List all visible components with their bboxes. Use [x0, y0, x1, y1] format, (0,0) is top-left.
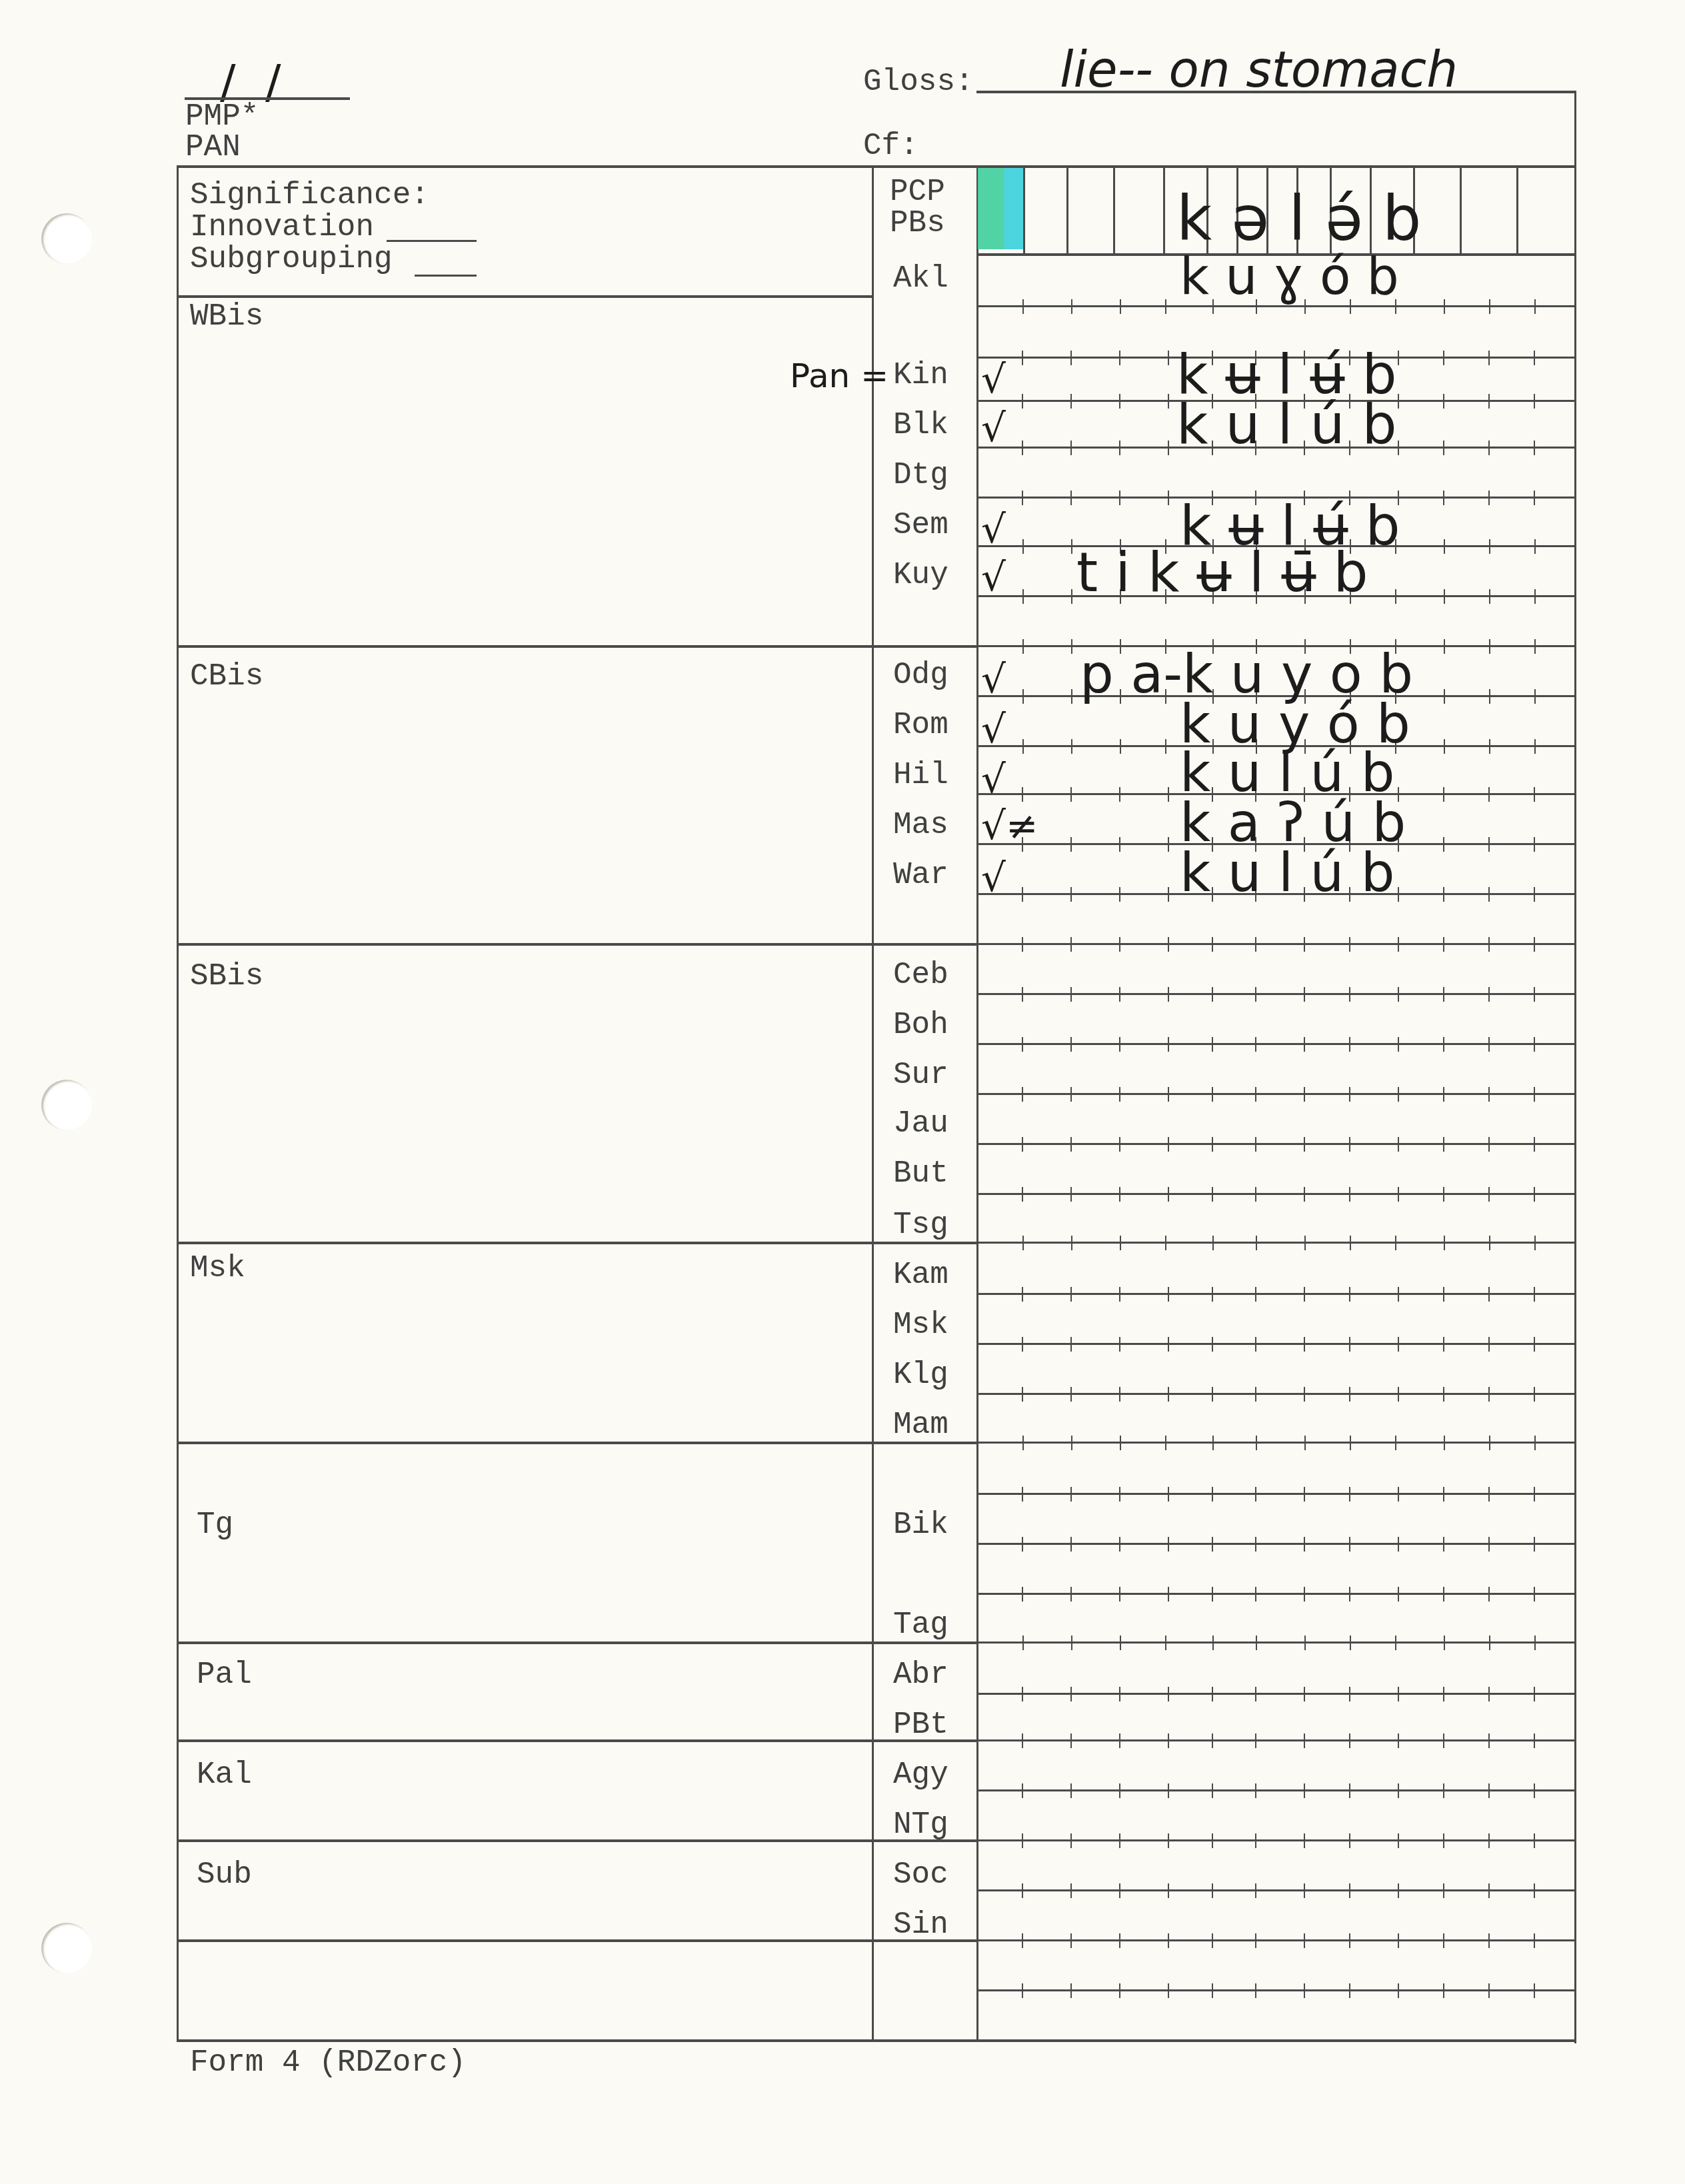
grid-tick: [1534, 689, 1536, 704]
grid-tick: [1022, 1983, 1023, 1998]
grid-tick: [1534, 1783, 1535, 1798]
grid-rule: [976, 1193, 1574, 1195]
grid-tick: [1168, 1933, 1169, 1948]
grid-tick: [1255, 1587, 1256, 1602]
grid-tick: [1534, 1833, 1535, 1848]
grid-tick: [1304, 1933, 1305, 1948]
lang-hil: Hil: [893, 760, 948, 790]
grid-tick: [1349, 1983, 1350, 1998]
grid-tick: [1534, 394, 1535, 409]
grid-tick: [1070, 937, 1072, 952]
grid-tick: [1443, 787, 1444, 802]
form-identifier: Form 4 (RDZorc): [190, 2047, 466, 2078]
grid-tick: [1212, 1037, 1213, 1052]
grid-tick: [1398, 1983, 1399, 1998]
grid-tick: [1534, 1983, 1535, 1998]
grid-tick: [1349, 1087, 1350, 1102]
grid-tick: [1119, 937, 1120, 952]
pcp-cell-divider: [1023, 167, 1025, 255]
grid-tick: [1022, 394, 1023, 409]
grid-tick: [1255, 1883, 1256, 1898]
lang-akl: Akl: [893, 263, 948, 294]
entry-mas-mark[interactable]: √≠: [981, 803, 1038, 848]
lang-bik: Bik: [893, 1510, 948, 1540]
grid-tick: [1534, 1537, 1535, 1552]
grid-rule: [976, 1889, 1574, 1891]
grid-tick: [1349, 1487, 1350, 1502]
grid-tick: [1488, 987, 1490, 1002]
entry-blk-form[interactable]: k u l ú b: [1176, 393, 1397, 457]
grid-tick: [1489, 299, 1490, 314]
grid-tick: [1534, 1687, 1535, 1701]
grid-tick: [1119, 351, 1120, 365]
grid-tick: [1443, 987, 1444, 1002]
grid-tick: [1212, 1636, 1214, 1650]
grid-tick: [1070, 1087, 1072, 1102]
entry-pbs-form[interactable]: k ə l ə́ b: [1176, 183, 1421, 255]
grid-rule: [976, 1739, 1574, 1741]
grid-tick: [1304, 1487, 1305, 1502]
grid-tick: [1070, 1783, 1072, 1798]
grid-tick: [1443, 1587, 1444, 1602]
grid-tick: [1071, 639, 1072, 654]
grid-tick: [1443, 837, 1444, 852]
grid-tick: [1395, 1236, 1396, 1250]
grid-tick: [1165, 1236, 1166, 1250]
grid-tick: [1534, 491, 1535, 505]
grid-tick: [1350, 1236, 1351, 1250]
grid-rule: [976, 1989, 1574, 1991]
grid-tick: [1022, 1037, 1023, 1052]
grid-tick: [1444, 1636, 1445, 1650]
grid-tick: [1255, 987, 1256, 1002]
grid-tick: [1212, 1933, 1213, 1948]
grid-tick: [1349, 1387, 1350, 1402]
grid-tick: [1489, 589, 1490, 604]
grid-tick: [1534, 1733, 1535, 1748]
grid-tick: [1304, 1883, 1305, 1898]
grid-rule: [976, 1693, 1574, 1695]
grid-tick: [1349, 1187, 1350, 1202]
grid-tick: [1443, 1983, 1444, 1998]
grid-tick: [1255, 1337, 1256, 1352]
grid-tick: [1119, 887, 1120, 902]
grid-rule: [976, 1641, 1574, 1643]
grid-tick: [1212, 1983, 1213, 1998]
grid-tick: [1022, 1587, 1023, 1602]
lang-mam: Mam: [893, 1410, 948, 1440]
grid-tick: [1443, 394, 1444, 409]
pan-annotation: Pan =: [790, 357, 888, 395]
grid-tick: [1255, 1933, 1256, 1948]
grid-tick: [1022, 1537, 1023, 1552]
grid-tick: [1349, 987, 1350, 1002]
grid-tick: [1349, 1687, 1350, 1701]
grid-tick: [1168, 1287, 1169, 1302]
grid-tick: [1488, 1587, 1490, 1602]
grid-tick: [1443, 1933, 1444, 1948]
pcp-cell-divider: [1066, 167, 1068, 255]
grid-tick: [1443, 491, 1444, 505]
grid-tick: [1489, 539, 1490, 554]
lang-sin: Sin: [893, 1909, 948, 1940]
grid-tick: [1212, 1137, 1213, 1152]
grid-tick: [1443, 441, 1444, 455]
entry-kin-mark[interactable]: √: [981, 357, 1006, 402]
grid-tick: [1022, 299, 1024, 314]
grid-tick: [1350, 1436, 1351, 1450]
grid-tick: [1119, 1037, 1120, 1052]
section-tg: Tg: [197, 1510, 233, 1540]
grid-tick: [1070, 887, 1072, 902]
grid-tick: [1119, 1687, 1120, 1701]
grid-tick: [1119, 1833, 1120, 1848]
grid-tick: [1488, 1037, 1490, 1052]
grid-tick: [1304, 1137, 1305, 1152]
grid-tick: [1022, 1436, 1024, 1450]
grid-tick: [1212, 937, 1213, 952]
grid-tick: [1534, 1436, 1536, 1450]
lang-sur: Sur: [893, 1060, 948, 1090]
subgrouping-blank[interactable]: [415, 275, 477, 277]
grid-tick: [1398, 1587, 1399, 1602]
grid-rule: [976, 1143, 1574, 1145]
grid-tick: [1398, 1883, 1399, 1898]
section-separator-blank: [177, 1939, 976, 1942]
grid-tick: [1070, 1833, 1072, 1848]
grid-tick: [1395, 1436, 1396, 1450]
grid-tick: [1168, 937, 1169, 952]
grid-tick: [1168, 1387, 1169, 1402]
grid-tick: [1488, 1387, 1490, 1402]
grid-tick: [1070, 1137, 1072, 1152]
grid-tick: [1022, 491, 1023, 505]
section-sub: Sub: [197, 1859, 252, 1890]
significance-bottom: [177, 295, 873, 298]
grid-rule: [976, 1442, 1574, 1444]
section-wbis: WBis: [190, 301, 263, 332]
grid-tick: [1489, 1636, 1490, 1650]
grid-tick: [1168, 351, 1169, 365]
grid-tick: [1304, 1636, 1306, 1650]
grid-tick: [1304, 1783, 1305, 1798]
grid-tick: [1119, 1087, 1120, 1102]
grid-tick: [1304, 1187, 1305, 1202]
grid-tick: [1398, 1687, 1399, 1701]
grid-tick: [1489, 739, 1490, 754]
grid-tick: [1119, 1783, 1120, 1798]
grid-tick: [1534, 787, 1535, 802]
grid-tick: [1070, 837, 1072, 852]
grid-tick: [1168, 441, 1169, 455]
entry-war-mark[interactable]: √: [981, 855, 1006, 900]
grid-tick: [1071, 1636, 1072, 1650]
grid-tick: [1443, 1783, 1444, 1798]
grid-rule: [976, 1343, 1574, 1345]
lang-boh: Boh: [893, 1010, 948, 1040]
lang-sem: Sem: [893, 510, 948, 541]
grid-tick: [1022, 937, 1023, 952]
grid-tick: [1168, 987, 1169, 1002]
lang-blk: Blk: [893, 410, 948, 441]
lang-pbs: PBs: [890, 208, 945, 239]
grid-tick: [1168, 491, 1169, 505]
lang-ceb: Ceb: [893, 960, 948, 990]
grid-tick: [1255, 1687, 1256, 1701]
grid-tick: [1255, 1387, 1256, 1402]
grid-rule: [976, 1093, 1574, 1095]
grid-tick: [1443, 1883, 1444, 1898]
grid-tick: [1168, 1037, 1169, 1052]
grid-tick: [1212, 1783, 1213, 1798]
grid-tick: [1488, 1337, 1490, 1352]
grid-tick: [1349, 1537, 1350, 1552]
grid-tick: [1165, 739, 1166, 754]
grid-tick: [1119, 1387, 1120, 1402]
entry-kuy-form[interactable]: t i k ʉ l ʉ̄ b: [1076, 541, 1368, 604]
grid-tick: [1168, 1137, 1169, 1152]
grid-tick: [1534, 1337, 1535, 1352]
grid-tick: [1071, 589, 1072, 604]
grid-tick: [1443, 1037, 1444, 1052]
table-top-border: [177, 165, 1576, 168]
grid-tick: [1398, 1387, 1399, 1402]
grid-tick: [1304, 1236, 1306, 1250]
grid-tick: [1488, 1487, 1490, 1502]
lang-ntg: NTg: [893, 1809, 948, 1840]
grid-rule: [976, 1839, 1574, 1841]
grid-tick: [1168, 1337, 1169, 1352]
grid-tick: [1534, 441, 1535, 455]
grid-tick: [1534, 937, 1535, 952]
lang-but: But: [893, 1158, 948, 1189]
grid-tick: [1398, 887, 1399, 902]
grid-tick: [1212, 1387, 1213, 1402]
grid-tick: [1168, 1537, 1169, 1552]
grid-tick: [1212, 987, 1213, 1002]
grid-tick: [1022, 1636, 1024, 1650]
grid-tick: [1534, 1587, 1535, 1602]
grid-tick: [1120, 1436, 1121, 1450]
grid-tick: [1165, 299, 1166, 314]
table-bottom-border: [177, 2039, 1576, 2042]
grid-tick: [1534, 1087, 1535, 1102]
grid-tick: [1444, 689, 1445, 704]
gloss-label: Gloss:: [863, 67, 974, 97]
grid-tick: [1534, 837, 1535, 852]
grid-tick: [1488, 1933, 1490, 1948]
grid-tick: [1119, 1487, 1120, 1502]
grid-tick: [1443, 1733, 1444, 1748]
entry-kuy-mark[interactable]: √: [981, 554, 1006, 600]
grid-tick: [1534, 739, 1536, 754]
grid-rule: [976, 1393, 1574, 1395]
grid-tick: [1070, 1037, 1072, 1052]
grid-tick: [1071, 1436, 1072, 1450]
pan-label: PAN: [185, 132, 241, 163]
grid-tick: [1349, 1037, 1350, 1052]
grid-tick: [1255, 1833, 1256, 1848]
grid-tick: [1444, 299, 1445, 314]
grid-tick: [1022, 639, 1024, 654]
grid-tick: [1212, 1187, 1213, 1202]
grid-tick: [1255, 1733, 1256, 1748]
grid-tick: [1168, 394, 1169, 409]
cf-label: Cf:: [863, 131, 918, 161]
grid-tick: [1443, 937, 1444, 952]
grid-tick: [1212, 1833, 1213, 1848]
grid-tick: [1488, 1087, 1490, 1102]
grid-tick: [1349, 1287, 1350, 1302]
grid-tick: [1443, 1833, 1444, 1848]
grid-rule: [976, 1939, 1574, 1941]
highlighter-mark: [978, 168, 1023, 249]
entry-sem-mark[interactable]: √: [981, 507, 1006, 552]
grid-tick: [1212, 1337, 1213, 1352]
grid-tick: [1395, 1636, 1396, 1650]
grid-rule: [976, 1293, 1574, 1295]
grid-tick: [1119, 491, 1120, 505]
grid-tick: [1398, 987, 1399, 1002]
grid-tick: [1070, 1983, 1072, 1998]
grid-tick: [1398, 1537, 1399, 1552]
grid-tick: [1304, 1436, 1306, 1450]
lang-tag: Tag: [893, 1610, 948, 1640]
grid-tick: [1070, 1883, 1072, 1898]
section-separator-pal: [177, 1641, 976, 1644]
binder-hole-bottom: [41, 1923, 92, 1973]
section-separator-cbis: [177, 645, 976, 648]
entry-blk-mark[interactable]: √: [981, 405, 1006, 451]
grid-tick: [1070, 787, 1072, 802]
grid-tick: [1398, 394, 1399, 409]
grid-tick: [1349, 1733, 1350, 1748]
grid-tick: [1165, 1436, 1166, 1450]
grid-tick: [1304, 987, 1305, 1002]
binder-hole-top: [41, 213, 92, 264]
subgrouping-label: Subgrouping: [190, 244, 393, 275]
grid-tick: [1488, 441, 1490, 455]
entry-odg-mark[interactable]: √: [981, 656, 1006, 702]
grid-tick: [1349, 1783, 1350, 1798]
grid-tick: [1443, 1137, 1444, 1152]
grid-tick: [1119, 987, 1120, 1002]
grid-tick: [1398, 1037, 1399, 1052]
entry-akl-form[interactable]: k u ɣ ó b: [1180, 247, 1399, 306]
grid-tick: [1488, 491, 1490, 505]
grid-tick: [1070, 1537, 1072, 1552]
grid-tick: [1120, 1636, 1121, 1650]
grid-tick: [1070, 441, 1072, 455]
table-left-border: [177, 165, 179, 2041]
grid-tick: [1349, 1833, 1350, 1848]
innovation-label: Innovation: [190, 212, 374, 243]
grid-tick: [1304, 1687, 1305, 1701]
grid-tick: [1119, 441, 1120, 455]
grid-tick: [1304, 1337, 1305, 1352]
grid-tick: [1070, 1487, 1072, 1502]
grid-tick: [1488, 1783, 1490, 1798]
grid-tick: [1022, 1236, 1024, 1250]
grid-tick: [1255, 1487, 1256, 1502]
grid-tick: [1070, 491, 1072, 505]
grid-tick: [1070, 394, 1072, 409]
grid-tick: [1398, 1337, 1399, 1352]
grid-tick: [1119, 787, 1120, 802]
innovation-blank[interactable]: [387, 240, 477, 242]
grid-tick: [1534, 987, 1535, 1002]
grid-tick: [1534, 1236, 1536, 1250]
grid-tick: [1534, 1636, 1536, 1650]
grid-tick: [1398, 1087, 1399, 1102]
grid-tick: [1534, 1487, 1535, 1502]
grid-tick: [1444, 589, 1445, 604]
grid-tick: [1489, 689, 1490, 704]
lang-abr: Abr: [893, 1659, 948, 1690]
grid-tick: [1212, 1436, 1214, 1450]
grid-tick: [1022, 1933, 1023, 1948]
pcp-cell-divider: [1163, 167, 1165, 255]
grid-tick: [1119, 1187, 1120, 1202]
section-separator-sbis: [177, 943, 976, 946]
grid-tick: [1168, 1687, 1169, 1701]
grid-tick: [1120, 739, 1121, 754]
grid-tick: [1071, 739, 1072, 754]
entry-war-form[interactable]: k u l ú b: [1180, 842, 1394, 904]
lang-tsg: Tsg: [893, 1210, 948, 1240]
grid-tick: [1534, 589, 1536, 604]
grid-tick: [1443, 887, 1444, 902]
grid-tick: [1120, 1236, 1121, 1250]
grid-tick: [1304, 1387, 1305, 1402]
grid-tick: [1212, 1883, 1213, 1898]
grid-tick: [1444, 1436, 1445, 1450]
grid-tick: [1168, 1883, 1169, 1898]
section-separator-sub: [177, 1839, 976, 1842]
grid-tick: [1212, 1087, 1213, 1102]
grid-tick: [1443, 1487, 1444, 1502]
entry-hil-mark[interactable]: √: [981, 756, 1006, 802]
grid-tick: [1119, 1587, 1120, 1602]
lang-pbt: PBt: [893, 1709, 948, 1740]
lang-kam: Kam: [893, 1260, 948, 1290]
grid-tick: [1488, 1537, 1490, 1552]
pcp-cell-divider: [1516, 167, 1518, 255]
grid-tick: [1022, 1833, 1023, 1848]
entry-rom-mark[interactable]: √: [981, 706, 1006, 752]
grid-tick: [1489, 1436, 1490, 1450]
grid-tick: [1488, 1687, 1490, 1701]
grid-tick: [1349, 1137, 1350, 1152]
grid-tick: [1022, 1687, 1023, 1701]
grid-tick: [1349, 1587, 1350, 1602]
grid-tick: [1071, 689, 1072, 704]
grid-tick: [1443, 1537, 1444, 1552]
lang-kin: Kin: [893, 360, 948, 391]
grid-tick: [1119, 837, 1120, 852]
grid-tick: [1395, 589, 1396, 604]
grid-tick: [1168, 1733, 1169, 1748]
grid-tick: [1534, 1933, 1535, 1948]
grid-tick: [1443, 1687, 1444, 1701]
grid-tick: [1349, 1337, 1350, 1352]
grid-tick: [1119, 1337, 1120, 1352]
grid-tick: [1534, 1187, 1535, 1202]
lang-klg: Klg: [893, 1360, 948, 1390]
grid-rule: [976, 1543, 1574, 1545]
grid-tick: [1022, 351, 1023, 365]
grid-tick: [1443, 351, 1444, 365]
